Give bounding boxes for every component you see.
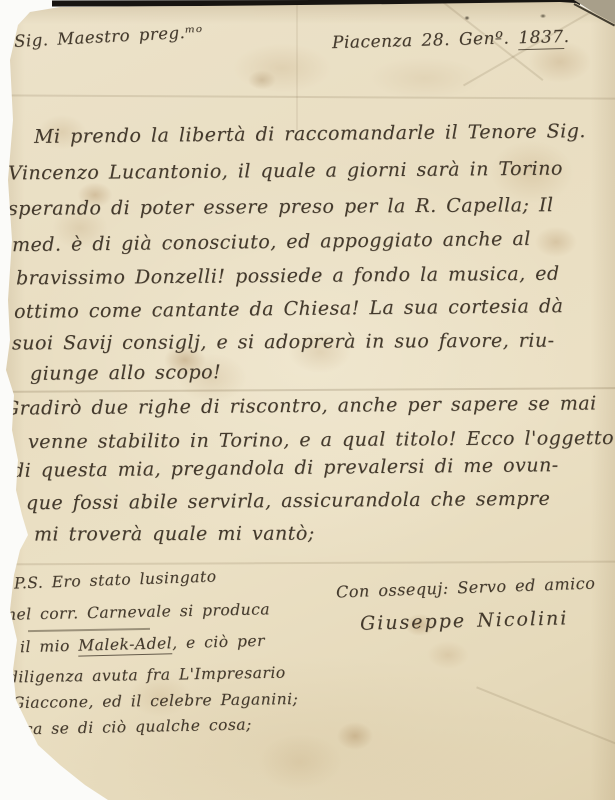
ps-line3-suffix: , e ciò per — [172, 632, 265, 652]
body-line: mi troverà quale mi vantò; — [34, 523, 315, 546]
ps-line2-word: Carnevale — [87, 602, 172, 622]
letter-paper: Sig. Maestro preg.ᵐᵒ Piacenza 28. Genº. … — [0, 0, 615, 800]
paper-crease — [296, 0, 298, 130]
ps-line2-prefix: nel corr. — [6, 604, 87, 624]
ps-line3-prefix: il mio — [20, 637, 79, 657]
opera-title-underlined: Malek-Adel — [78, 634, 172, 656]
after-year: . — [563, 27, 569, 47]
body-line: sperando di poter essere preso per la R.… — [8, 194, 554, 220]
year-underlined: 1837 — [518, 27, 564, 50]
body-line: suoi Savij consiglj, e si adoprerà in su… — [12, 330, 555, 355]
ps-line2-suffix: si produca — [171, 600, 270, 620]
body-line: giunge allo scopo! — [30, 361, 221, 385]
body-line: venne stabilito in Torino, e a qual tito… — [28, 427, 614, 453]
body-line: que fossi abile servirla, assicurandola … — [26, 488, 550, 515]
scanned-letter-photo: Sig. Maestro preg.ᵐᵒ Piacenza 28. Genº. … — [0, 0, 615, 800]
